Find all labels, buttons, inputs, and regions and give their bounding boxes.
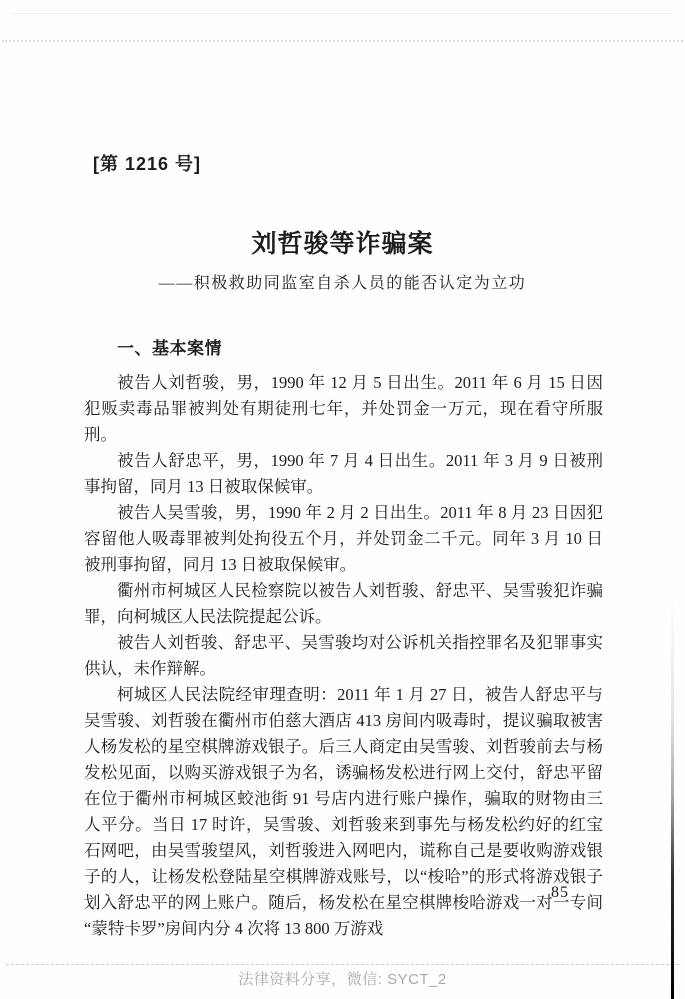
paragraph: 被告人吴雪骏，男，1990 年 2 月 2 日出生。2011 年 8 月 23 … <box>84 500 603 578</box>
paragraph: 被告人刘哲骏、舒忠平、吴雪骏均对公诉机关指控罪名及犯罪事实供认，未作辩解。 <box>84 630 603 682</box>
case-subtitle: ——积极救助同监室自杀人员的能否认定为立功 <box>0 270 685 293</box>
body-paragraphs: 被告人刘哲骏，男，1990 年 12 月 5 日出生。2011 年 6 月 15… <box>84 370 603 942</box>
scan-artifact-line-top <box>2 40 683 42</box>
section-heading-basic-facts: 一、基本案情 <box>117 334 222 359</box>
paragraph: 柯城区人民法院经审理查明：2011 年 1 月 27 日，被告人舒忠平与吴雪骏、… <box>84 682 603 942</box>
paragraph: 被告人舒忠平，男，1990 年 7 月 4 日出生。2011 年 3 月 9 日… <box>84 448 603 500</box>
watermark-text: 法律资料分享，微信: SYCT_2 <box>0 968 685 989</box>
scan-artifact-line-top <box>12 13 671 14</box>
paragraph: 衢州市柯城区人民检察院以被告人刘哲骏、舒忠平、吴雪骏犯诈骗罪，向柯城区人民法院提… <box>84 578 603 630</box>
page-number: 85 <box>551 884 569 902</box>
case-title: 刘哲骏等诈骗案 <box>0 224 685 260</box>
paragraph: 被告人刘哲骏，男，1990 年 12 月 5 日出生。2011 年 6 月 15… <box>84 370 603 448</box>
case-number: [第 1216 号] <box>93 150 201 176</box>
scan-edge-artifact <box>671 595 674 999</box>
scan-artifact-line-bottom <box>6 964 679 965</box>
document-page: [第 1216 号] 刘哲骏等诈骗案 ——积极救助同监室自杀人员的能否认定为立功… <box>0 0 685 999</box>
